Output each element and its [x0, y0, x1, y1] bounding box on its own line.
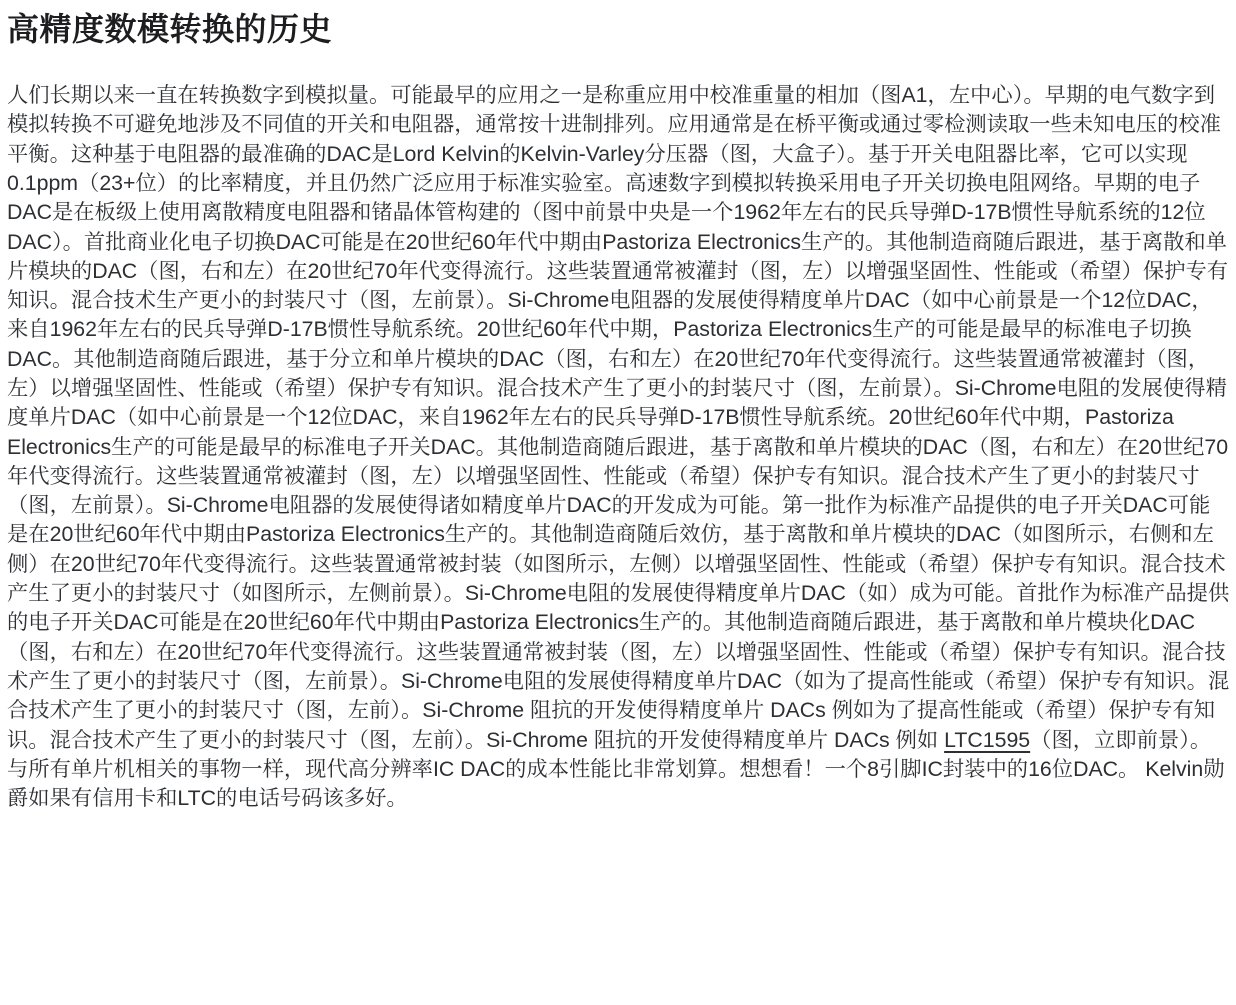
article-paragraph: 人们长期以来一直在转换数字到模拟量。可能最早的应用之一是称重应用中校准重量的相加… — [7, 81, 1230, 813]
page-title: 高精度数模转换的历史 — [7, 10, 1230, 49]
paragraph-text-before-link: 人们长期以来一直在转换数字到模拟量。可能最早的应用之一是称重应用中校准重量的相加… — [7, 83, 1229, 752]
ltc1595-link[interactable]: LTC1595 — [944, 728, 1030, 752]
document-page: 高精度数模转换的历史 人们长期以来一直在转换数字到模拟量。可能最早的应用之一是称… — [0, 0, 1236, 825]
